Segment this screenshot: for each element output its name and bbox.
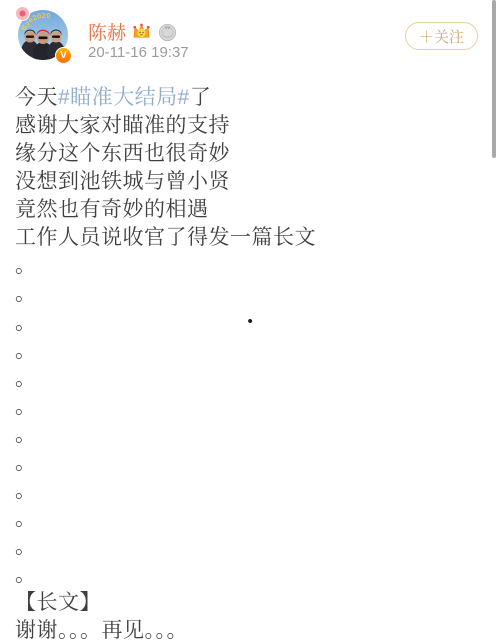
post-content: 今天#瞄准大结局#了 感谢大家对瞄准的支持 缘分这个东西也很奇妙 没想到池铁城与… xyxy=(0,76,500,641)
content-line: 缘分这个东西也很奇妙 xyxy=(15,140,480,168)
content-line: 竟然也有奇妙的相遇 xyxy=(15,196,480,224)
period-line: 。 xyxy=(15,449,480,477)
period-line: 。 xyxy=(15,505,480,533)
period-line: 。 xyxy=(15,533,480,561)
period-line: 。 xyxy=(15,252,480,280)
content-line: 工作人员说收官了得发一篇长文 xyxy=(15,224,480,252)
stray-bullet-dot: • xyxy=(248,308,253,336)
period-line: 。• xyxy=(15,308,480,337)
period-line: 。 xyxy=(15,421,480,449)
author-name[interactable]: 陈赫 xyxy=(88,18,126,45)
vip-crown-icon xyxy=(131,21,152,42)
avatar[interactable]: Bye2020 V xyxy=(18,10,70,62)
silver-medal-icon: VV xyxy=(157,21,178,42)
post-header: Bye2020 V 陈赫 VV xyxy=(0,0,500,76)
content-line: 【长文】 xyxy=(15,589,480,617)
period-char: 。 xyxy=(15,311,37,334)
verified-v-icon: V xyxy=(55,47,72,64)
period-line: 。 xyxy=(15,365,480,393)
hashtag-link[interactable]: #瞄准大结局# xyxy=(58,86,190,109)
content-line: 感谢大家对瞄准的支持 xyxy=(15,112,480,140)
author-row: 陈赫 VV xyxy=(88,18,178,45)
follow-button[interactable]: ＋关注 xyxy=(405,22,478,50)
scrollbar[interactable] xyxy=(492,0,496,158)
medal-text: VV xyxy=(165,26,171,30)
content-line: 没想到池铁城与曾小贤 xyxy=(15,168,480,196)
period-line: 。 xyxy=(15,280,480,308)
avatar-flower-badge-icon xyxy=(15,6,30,21)
period-line: 。 xyxy=(15,561,480,589)
content-line: 谢谢。。。再见。。。 xyxy=(15,617,480,641)
post-timestamp: 20-11-16 19:37 xyxy=(88,44,189,61)
period-line: 。 xyxy=(15,337,480,365)
period-line: 。 xyxy=(15,393,480,421)
period-line: 。 xyxy=(15,477,480,505)
weibo-post-card: Bye2020 V 陈赫 VV xyxy=(0,0,500,641)
content-line: 今天#瞄准大结局#了 xyxy=(15,84,480,112)
line-text: 今天 xyxy=(15,86,58,109)
line-text: 了 xyxy=(190,86,212,109)
